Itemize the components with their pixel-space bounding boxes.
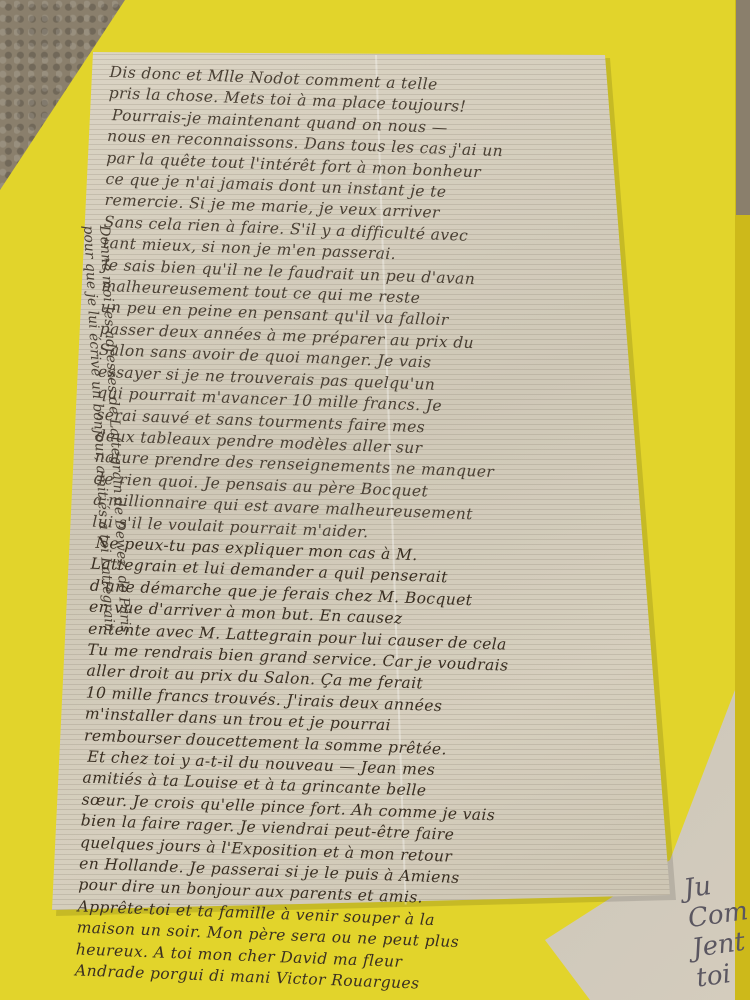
carpet-corner-right: [736, 0, 750, 215]
letter-body: Dis donc et Mlle Nodot comment a tellepr…: [75, 62, 650, 1000]
photo-scene: Ju Com Jent toi Dis donc et Mlle Nodot c…: [0, 0, 750, 1000]
